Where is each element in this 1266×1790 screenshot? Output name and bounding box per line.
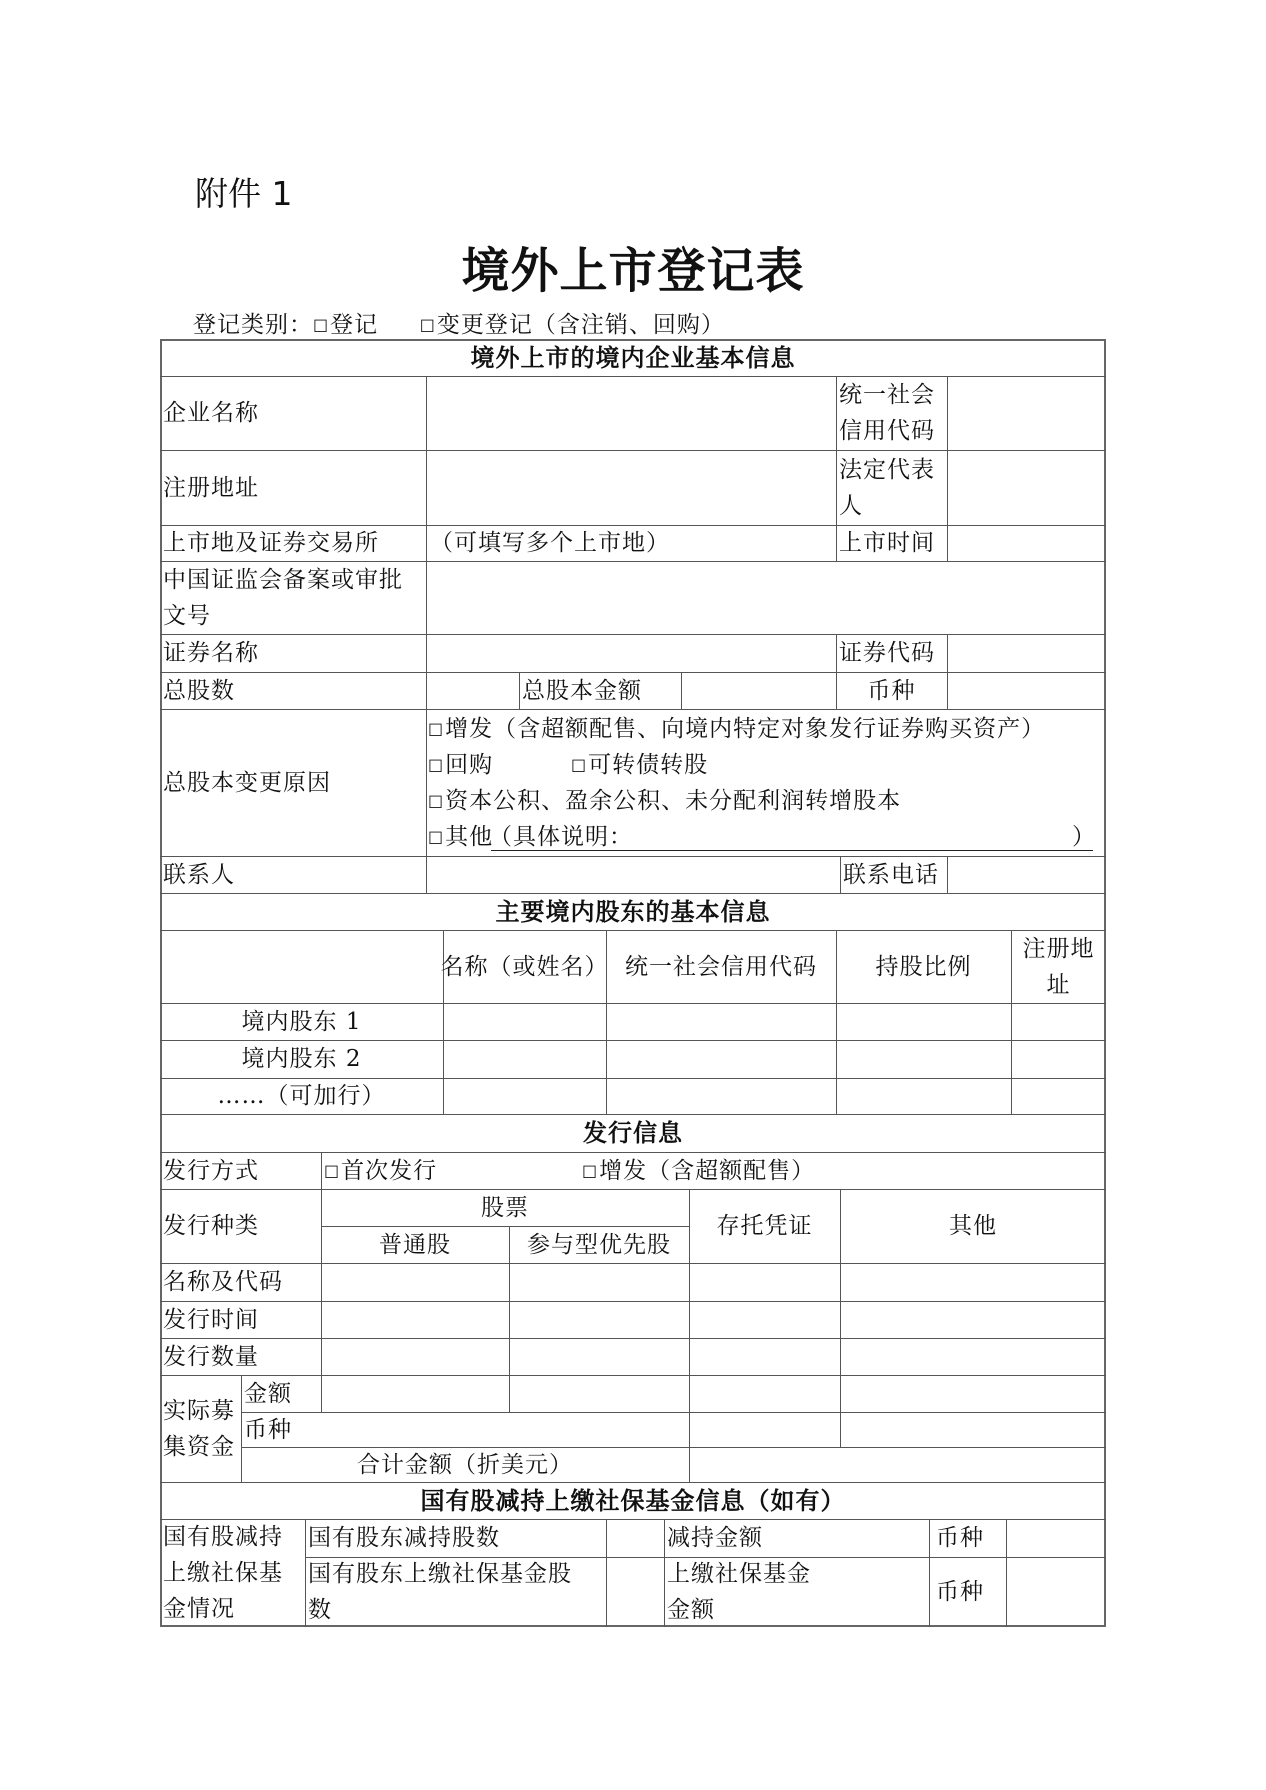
checkbox-change-register[interactable]: 变更登记（含注销、回购） [420,312,725,338]
label-raised-currency: 币种 [244,1412,292,1447]
label-security-name: 证券名称 [163,634,259,672]
label-listing-place: 上市地及证券交易所 [163,525,379,561]
col-header-depositary: 存托凭证 [689,1189,840,1263]
input-company-name[interactable] [428,376,836,450]
checkbox-register[interactable]: 登记 [313,312,378,338]
input-security-name[interactable] [428,634,836,672]
label-raised-funds: 实际募 集资金 [163,1375,235,1482]
col-header-reg-address: 注册地 址 [1011,930,1106,1003]
label-currency: 币种 [836,672,947,709]
input-csrc-filing[interactable] [428,561,1106,634]
row-label-shareholder-2: 境内股东 2 [160,1040,443,1078]
checkbox-buyback[interactable]: 回购 [428,747,493,783]
label-total-usd: 合计金额（折美元） [241,1447,689,1482]
input-listing-place[interactable]: （可填写多个上市地） [430,525,670,561]
input-currency[interactable] [949,672,1106,709]
other-specify-underline[interactable] [491,850,1093,851]
label-issuance-type: 发行种类 [163,1189,259,1263]
label-raised-amount: 金额 [244,1375,292,1412]
col-header-stock: 股票 [321,1189,689,1226]
col-header-preferred: 参与型优先股 [509,1226,689,1263]
row-label-issue-time: 发行时间 [163,1301,259,1338]
col-header-share-ratio: 持股比例 [836,930,1011,1003]
label-contact-person: 联系人 [163,856,235,893]
input-contact-person[interactable] [428,856,840,893]
col-header-common: 普通股 [321,1226,509,1263]
input-credit-code[interactable] [949,376,1106,450]
label-registered-address: 注册地址 [163,450,259,525]
checkbox-additional-issuance[interactable]: 增发（含超额配售、向境内特定对象发行证券购买资产） [428,711,1045,747]
label-fund-shares: 国有股东上缴社保基金股 数 [308,1557,572,1627]
label-state-shares: 国有股减持 上缴社保基 金情况 [163,1519,283,1627]
input-total-shares[interactable] [428,672,519,709]
section-title-shareholders: 主要境内股东的基本信息 [160,893,1106,930]
label-contact-phone: 联系电话 [843,856,939,893]
label-security-code: 证券代码 [839,634,935,672]
input-registered-address[interactable] [428,450,836,525]
row-label-shareholder-1: 境内股东 1 [160,1003,443,1040]
col-header-other: 其他 [840,1189,1106,1263]
registration-type: 登记类别：登记 变更登记（含注销、回购） [193,306,725,339]
row-label-add-row: ……（可加行） [160,1078,443,1114]
label-reduced-shares: 国有股东减持股数 [308,1519,500,1557]
section-title-issuance: 发行信息 [160,1114,1106,1152]
label-listing-time: 上市时间 [839,525,935,561]
input-security-code[interactable] [949,634,1106,672]
col-header-credit-code: 统一社会信用代码 [606,930,836,1003]
label-issuance-method: 发行方式 [163,1152,259,1189]
label-company-name: 企业名称 [163,376,259,450]
label-fund-amount: 上缴社保基金 金额 [667,1557,811,1627]
attachment-label: 附件 1 [195,168,293,215]
checkbox-capital-reserve[interactable]: 资本公积、盈余公积、未分配利润转增股本 [428,783,901,819]
label-legal-rep: 法定代表 人 [839,450,935,525]
checkbox-follow-on[interactable]: 增发（含超额配售） [582,1152,815,1189]
registration-type-label: 登记类别： [193,312,313,338]
label-currency-1: 币种 [936,1519,984,1557]
checkbox-ipo[interactable]: 首次发行 [324,1152,437,1189]
checkbox-other[interactable]: 其他 [428,819,493,855]
label-credit-code: 统一社会 信用代码 [839,376,935,450]
checkbox-convertible[interactable]: 可转债转股 [571,747,708,783]
input-contact-phone[interactable] [949,856,1106,893]
input-listing-time[interactable] [949,525,1106,561]
section-title-company-info: 境外上市的境内企业基本信息 [160,339,1106,376]
label-capital-change-reason: 总股本变更原因 [163,709,331,856]
page-title: 境外上市登记表 [0,232,1266,301]
label-total-capital: 总股本金额 [522,672,642,709]
input-total-capital[interactable] [683,672,836,709]
col-header-name: 名称（或姓名） [443,930,606,1003]
input-legal-rep[interactable] [949,450,1106,525]
row-label-name-code: 名称及代码 [163,1263,283,1301]
label-currency-2: 币种 [936,1557,984,1627]
row-label-issue-quantity: 发行数量 [163,1338,259,1375]
section-title-state-shares: 国有股减持上缴社保基金信息（如有） [160,1482,1106,1519]
label-csrc-filing: 中国证监会备案或审批 文号 [163,561,403,634]
label-reduced-amount: 减持金额 [667,1519,763,1557]
label-total-shares: 总股数 [163,672,235,709]
